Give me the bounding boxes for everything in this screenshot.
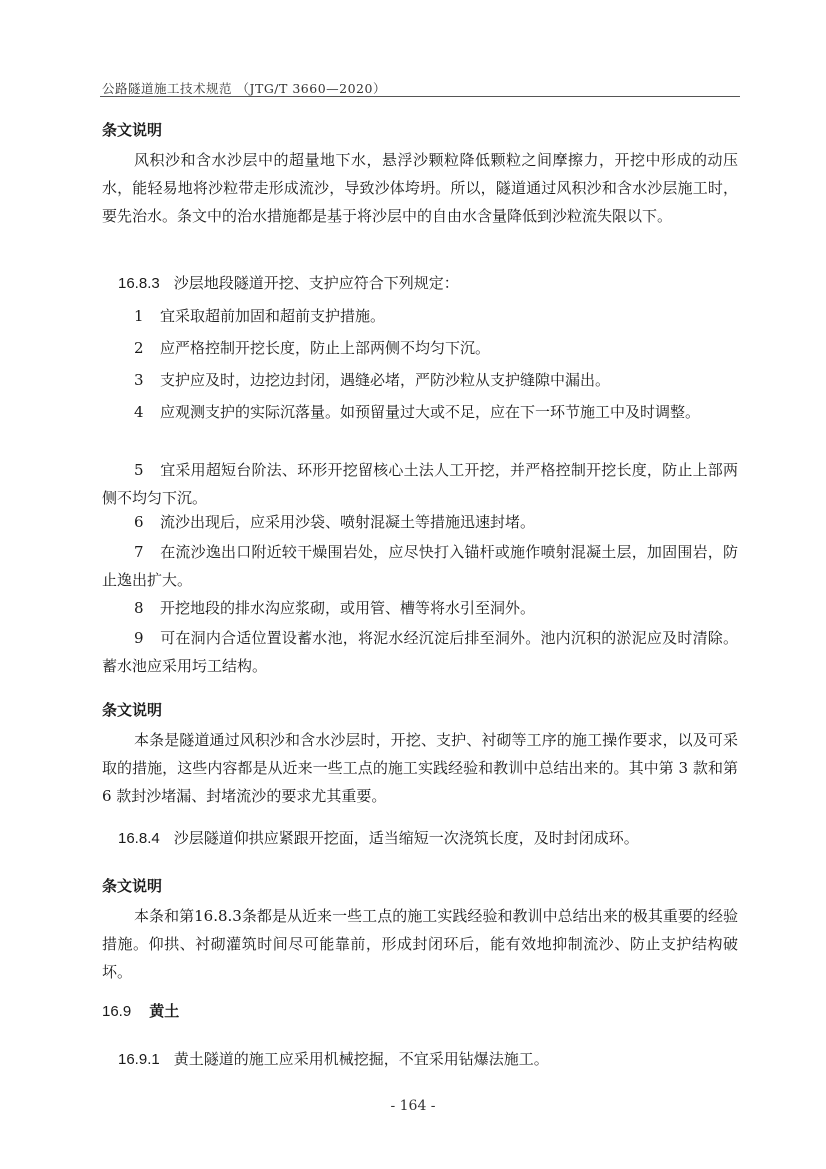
list-item-7: 7在流沙逸出口附近较干燥围岩处，应尽快打入锚杆或施作喷射混凝土层，加固围岩，防止… [102,538,738,594]
section-heading-16-9: 16.9黄土 [102,998,738,1026]
clause-text: 沙层地段隧道开挖、支护应符合下列规定： [174,275,459,292]
clause-16-8-3: 16.8.3沙层地段隧道开挖、支护应符合下列规定： [118,270,738,298]
document-page: 公路隧道施工技术规范 （JTG/T 3660—2020） 条文说明 风积沙和含水… [0,0,826,1169]
list-item-2: 2应严格控制开挖长度，防止上部两侧不均匀下沉。 [102,334,738,362]
clause-number: 16.9.1 [118,1046,160,1074]
clause-number: 16.8.3 [118,270,160,298]
note-title-1: 条文说明 [102,116,738,144]
running-header: 公路隧道施工技术规范 （JTG/T 3660—2020） [102,79,386,97]
section-title: 黄土 [149,1003,179,1020]
list-item-3: 3支护应及时，边挖边封闭，遇缝必堵，严防沙粒从支护缝隙中漏出。 [102,366,738,394]
clause-text: 沙层隧道仰拱应紧跟开挖面，适当缩短一次浇筑长度，及时封闭成环。 [174,830,639,847]
section-number: 16.9 [102,1003,131,1020]
list-item-6: 6流沙出现后，应采用沙袋、喷射混凝土等措施迅速封堵。 [102,508,738,536]
note-paragraph-1: 风积沙和含水沙层中的超量地下水，悬浮沙颗粒降低颗粒之间摩擦力，开挖中形成的动压水… [102,146,738,230]
note-paragraph-3: 本条和第16.8.3条都是从近来一些工点的施工实践经验和教训中总结出来的极其重要… [102,902,738,986]
note-title-2: 条文说明 [102,696,738,724]
clause-16-9-1: 16.9.1黄土隧道的施工应采用机械挖掘，不宜采用钻爆法施工。 [118,1046,738,1074]
clause-16-8-4: 16.8.4沙层隧道仰拱应紧跟开挖面，适当缩短一次浇筑长度，及时封闭成环。 [118,825,738,853]
page-number: - 164 - [0,1098,826,1114]
note-paragraph-2: 本条是隧道通过风积沙和含水沙层时，开挖、支护、衬砌等工序的施工操作要求，以及可采… [102,726,738,810]
list-item-8: 8开挖地段的排水沟应浆砌，或用管、槽等将水引至洞外。 [102,594,738,622]
list-item-4: 4应观测支护的实际沉落量。如预留量过大或不足，应在下一环节施工中及时调整。 [102,398,738,426]
header-rule [100,96,740,97]
clause-number: 16.8.4 [118,825,160,853]
note-title-3: 条文说明 [102,872,738,900]
list-item-5: 5宜采用超短台阶法、环形开挖留核心土法人工开挖，并严格控制开挖长度，防止上部两侧… [102,456,738,512]
list-item-1: 1宜采取超前加固和超前支护措施。 [102,302,738,330]
clause-text: 黄土隧道的施工应采用机械挖掘，不宜采用钻爆法施工。 [174,1051,549,1068]
list-item-9: 9可在洞内合适位置设蓄水池，将泥水经沉淀后排至洞外。池内沉积的淤泥应及时清除。蓄… [102,624,738,680]
